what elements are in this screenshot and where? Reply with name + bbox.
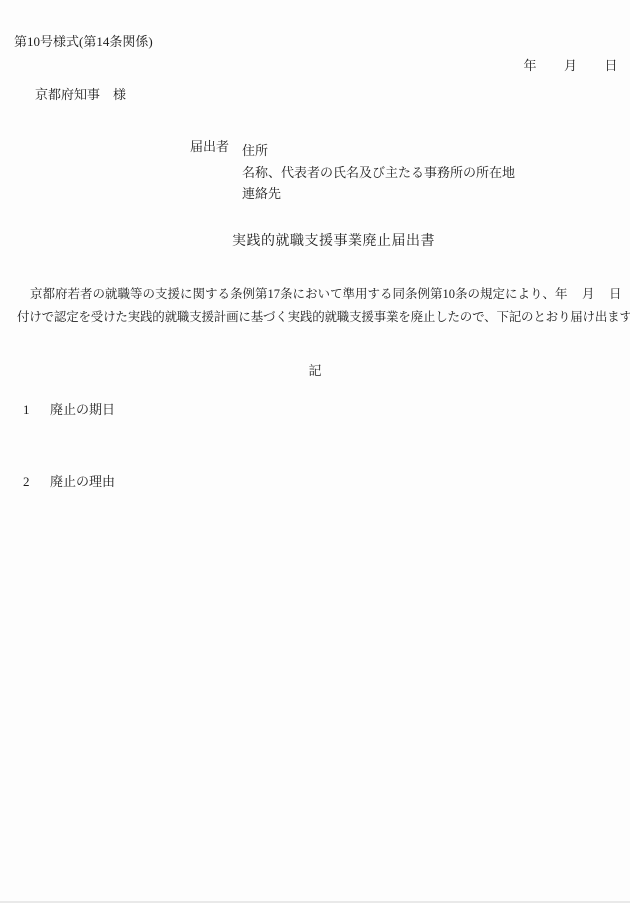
record-marker: 記 <box>0 364 630 379</box>
document-page: 第10号様式(第14条関係) 年 月 日 京都府知事 様 届出者 住所 名称、代… <box>0 0 630 903</box>
body-paragraph-line1: 京都府若者の就職等の支援に関する条例第17条において準用する同条例第10条の規定… <box>17 287 617 301</box>
body-line1-text: 京都府若者の就職等の支援に関する条例第17条において準用する同条例第10条の規定… <box>17 287 555 301</box>
date-line: 年 月 日 <box>523 59 618 74</box>
document-title: 実践的就職支援事業廃止届出書 <box>232 234 435 250</box>
item-2-label: 廃止の理由 <box>50 475 115 490</box>
form-number: 第10号様式(第14条関係) <box>14 35 153 50</box>
list-item-abolition-date: 1 廃止の期日 <box>23 403 115 418</box>
notifier-name-line: 名称、代表者の氏名及び主たる事務所の所在地 <box>242 162 515 184</box>
item-2-number: 2 <box>23 475 50 490</box>
notifier-contact-line: 連絡先 <box>242 183 515 205</box>
item-1-number: 1 <box>23 403 50 418</box>
body-paragraph-line2: 付けで認定を受けた実践的就職支援計画に基づく実践的就職支援事業を廃止したので、下… <box>17 310 630 324</box>
notifier-block: 届出者 住所 名称、代表者の氏名及び主たる事務所の所在地 連絡先 <box>190 140 515 205</box>
addressee: 京都府知事 様 <box>35 88 126 103</box>
notifier-address-line: 住所 <box>242 140 515 162</box>
list-item-abolition-reason: 2 廃止の理由 <box>23 475 115 490</box>
item-1-label: 廃止の期日 <box>50 403 115 418</box>
body-line1-date: 年 月 日 <box>555 287 623 301</box>
notifier-label: 届出者 <box>190 140 229 205</box>
notifier-lines: 住所 名称、代表者の氏名及び主たる事務所の所在地 連絡先 <box>242 140 515 205</box>
